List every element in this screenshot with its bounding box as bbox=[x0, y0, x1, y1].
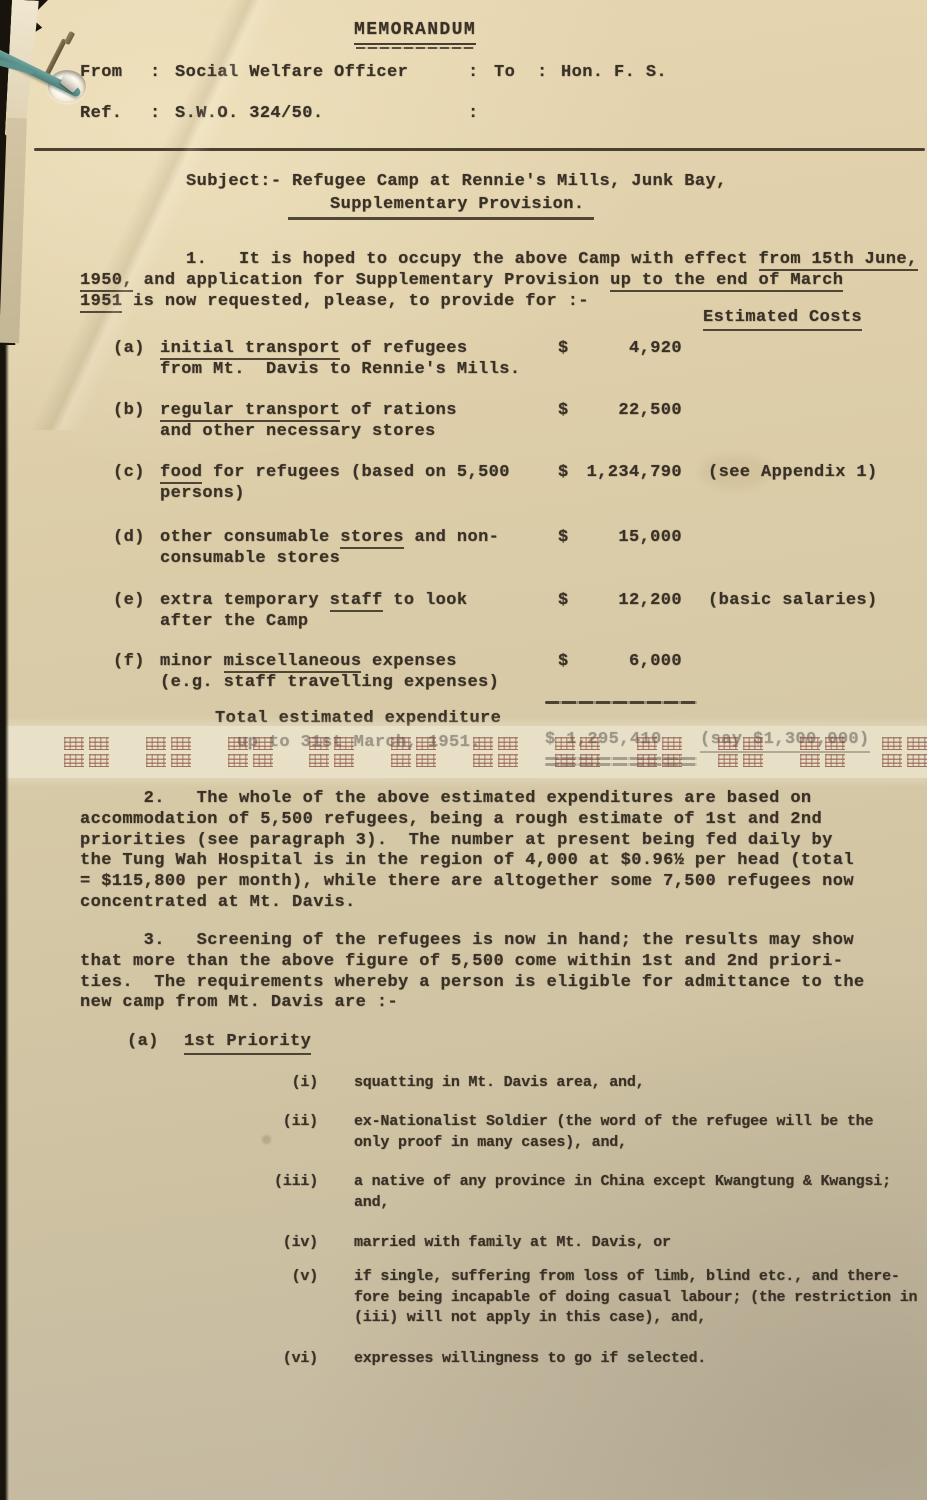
item-text-underlined: staff bbox=[330, 591, 383, 612]
amount-value: 6,000 bbox=[629, 651, 682, 672]
amount-value: 22,500 bbox=[618, 400, 682, 421]
to-value: Hon. F. S. bbox=[561, 62, 667, 83]
total-amount: $ 1,295,410 bbox=[545, 729, 662, 750]
item-description: regular transport of rations and other n… bbox=[160, 400, 558, 442]
item-label: (e) bbox=[113, 590, 160, 611]
watermark-character bbox=[907, 754, 927, 767]
priority-item-text: expresses willingness to go if selected. bbox=[354, 1349, 927, 1370]
total-line1: Total estimated expenditure bbox=[215, 708, 501, 729]
watermark-character bbox=[498, 754, 518, 767]
item-text: other consumable bbox=[160, 528, 340, 547]
watermark-character bbox=[882, 754, 902, 767]
watermark-character bbox=[253, 754, 273, 767]
watermark-character bbox=[171, 737, 191, 750]
priority-heading: 1st Priority bbox=[184, 1031, 311, 1055]
fastener-pin-head bbox=[64, 31, 75, 45]
ref-label: Ref. bbox=[80, 103, 122, 124]
priority-item-row: (iii) a native of any province in China … bbox=[252, 1172, 927, 1213]
watermark-stamp bbox=[146, 737, 191, 767]
item-label: (a) bbox=[113, 338, 160, 359]
subject-line1: Refugee Camp at Rennie's Mills, Junk Bay… bbox=[292, 171, 727, 192]
currency-sign: $ bbox=[558, 651, 569, 672]
from-value: Social Welfare Officer bbox=[175, 62, 408, 83]
watermark-stamp bbox=[882, 737, 927, 767]
watermark-character bbox=[391, 754, 411, 767]
item-amount: $15,000 bbox=[558, 527, 682, 548]
currency-sign: $ bbox=[558, 400, 569, 421]
watermark-character bbox=[146, 754, 166, 767]
colon-separator: : bbox=[468, 62, 479, 83]
cost-item-row: (e) extra temporary staff to look after … bbox=[113, 590, 919, 632]
watermark-character bbox=[498, 737, 518, 750]
watermark-character bbox=[89, 754, 109, 767]
item-note: (see Appendix 1) bbox=[708, 462, 878, 483]
roman-numeral-label: (ii) bbox=[252, 1112, 318, 1153]
double-rule-top bbox=[545, 757, 697, 760]
total-say-amount: (say $1,300,000) bbox=[700, 729, 870, 753]
priority-item-row: (iv) married with family at Mt. Davis, o… bbox=[252, 1233, 927, 1254]
watermark-character bbox=[662, 737, 682, 750]
item-text: minor bbox=[160, 652, 224, 671]
roman-numeral-label: (v) bbox=[252, 1267, 318, 1329]
priority-item-row: (i) squatting in Mt. Davis area, and, bbox=[252, 1073, 927, 1094]
priority-item-text: if single, suffering from loss of limb, … bbox=[354, 1267, 927, 1329]
ref-value: S.W.O. 324/50. bbox=[175, 103, 323, 124]
paragraph-1-text: and application for Supplementary Provis… bbox=[133, 271, 610, 290]
paragraph-1-text: is now requested, please, to provide for… bbox=[122, 292, 588, 311]
roman-numeral-label: (i) bbox=[252, 1073, 318, 1094]
watermark-stamp bbox=[64, 737, 109, 767]
item-note: (basic salaries) bbox=[708, 590, 878, 611]
priority-section-label: (a) bbox=[127, 1031, 159, 1052]
item-description: extra temporary staff to look after the … bbox=[160, 590, 558, 632]
item-text-underlined: food bbox=[160, 463, 202, 484]
watermark-character bbox=[64, 754, 84, 767]
item-amount: $12,200 bbox=[558, 590, 682, 611]
cost-item-row: (d) other consumable stores and non- con… bbox=[113, 527, 919, 569]
amount-value: 12,200 bbox=[618, 590, 682, 611]
currency-sign: $ bbox=[558, 462, 569, 483]
item-amount: $1,234,790 bbox=[558, 462, 682, 483]
item-text: extra temporary bbox=[160, 591, 330, 610]
watermark-character bbox=[718, 754, 738, 767]
from-label: From bbox=[80, 62, 122, 83]
item-label: (f) bbox=[113, 651, 160, 672]
item-text-underlined: miscellaneous bbox=[224, 652, 362, 673]
watermark-character bbox=[146, 737, 166, 750]
memo-title: MEMORANDUM bbox=[354, 20, 476, 45]
paragraph-2: 2. The whole of the above estimated expe… bbox=[80, 789, 922, 914]
currency-sign: $ bbox=[558, 590, 569, 611]
priority-item-text: ex-Nationalist Soldier (the word of the … bbox=[354, 1112, 927, 1153]
document-page: MEMORANDUM From : Social Welfare Officer… bbox=[0, 0, 927, 1500]
cost-item-row: (c) food for refugees (based on 5,500 pe… bbox=[113, 462, 919, 504]
watermark-character bbox=[334, 754, 354, 767]
total-line2: up to 31st March, 1951. bbox=[237, 732, 481, 753]
item-amount: $22,500 bbox=[558, 400, 682, 421]
item-text: for refugees (based on 5,500 persons) bbox=[160, 463, 510, 503]
watermark-character bbox=[64, 737, 84, 750]
colon-separator: : bbox=[150, 62, 161, 83]
priority-item-text: squatting in Mt. Davis area, and, bbox=[354, 1073, 927, 1094]
watermark-character bbox=[743, 754, 763, 767]
colon-separator: : bbox=[468, 103, 479, 124]
item-description: initial transport of refugees from Mt. D… bbox=[160, 338, 558, 380]
paragraph-3: 3. Screening of the refugees is now in h… bbox=[80, 931, 922, 1014]
colon-separator: : bbox=[537, 62, 548, 83]
watermark-character bbox=[907, 737, 927, 750]
currency-sign: $ bbox=[558, 338, 569, 359]
cost-item-row: (f) minor miscellaneous expenses (e.g. s… bbox=[113, 651, 919, 693]
item-description: food for refugees (based on 5,500 person… bbox=[160, 462, 558, 504]
watermark-character bbox=[825, 754, 845, 767]
amount-value: 15,000 bbox=[618, 527, 682, 548]
watermark-character bbox=[228, 754, 248, 767]
item-text-underlined: initial transport bbox=[160, 339, 340, 360]
item-description: minor miscellaneous expenses (e.g. staff… bbox=[160, 651, 558, 693]
item-description: other consumable stores and non- consuma… bbox=[160, 527, 558, 569]
priority-item-text: a native of any province in China except… bbox=[354, 1172, 927, 1213]
watermark-character bbox=[171, 754, 191, 767]
sum-rule bbox=[545, 701, 697, 704]
roman-numeral-label: (iii) bbox=[252, 1172, 318, 1213]
item-text-underlined: stores bbox=[340, 528, 404, 549]
colon-separator: : bbox=[150, 103, 161, 124]
item-label: (d) bbox=[113, 527, 160, 548]
roman-numeral-label: (iv) bbox=[252, 1233, 318, 1254]
priority-item-row: (ii) ex-Nationalist Soldier (the word of… bbox=[252, 1112, 927, 1153]
roman-numeral-label: (vi) bbox=[252, 1349, 318, 1370]
cost-item-row: (b) regular transport of rations and oth… bbox=[113, 400, 919, 442]
to-label: To bbox=[494, 62, 515, 83]
priority-item-row: (vi) expresses willingness to go if sele… bbox=[252, 1349, 927, 1370]
subject-line2: Supplementary Provision. bbox=[288, 194, 594, 220]
amount-value: 4,920 bbox=[629, 338, 682, 359]
amount-value: 1,234,790 bbox=[587, 462, 682, 483]
currency-sign: $ bbox=[558, 527, 569, 548]
item-text-underlined: regular transport bbox=[160, 401, 340, 422]
watermark-character bbox=[473, 754, 493, 767]
priority-item-row: (v) if single, suffering from loss of li… bbox=[252, 1267, 927, 1329]
header-rule bbox=[34, 148, 925, 151]
watermark-character bbox=[882, 737, 902, 750]
item-label: (b) bbox=[113, 400, 160, 421]
item-amount: $4,920 bbox=[558, 338, 682, 359]
double-rule-bottom bbox=[545, 763, 697, 766]
item-label: (c) bbox=[113, 462, 160, 483]
watermark-character bbox=[800, 754, 820, 767]
watermark-character bbox=[89, 737, 109, 750]
paragraph-1-text: 1. It is hoped to occupy the above Camp … bbox=[122, 250, 758, 269]
subject-label: Subject:- bbox=[186, 171, 281, 192]
cost-item-row: (a) initial transport of refugees from M… bbox=[113, 338, 919, 380]
priority-item-text: married with family at Mt. Davis, or bbox=[354, 1233, 927, 1254]
watermark-character bbox=[416, 754, 436, 767]
item-amount: $6,000 bbox=[558, 651, 682, 672]
watermark-character bbox=[309, 754, 329, 767]
estimated-costs-header: Estimated Costs bbox=[703, 307, 862, 331]
